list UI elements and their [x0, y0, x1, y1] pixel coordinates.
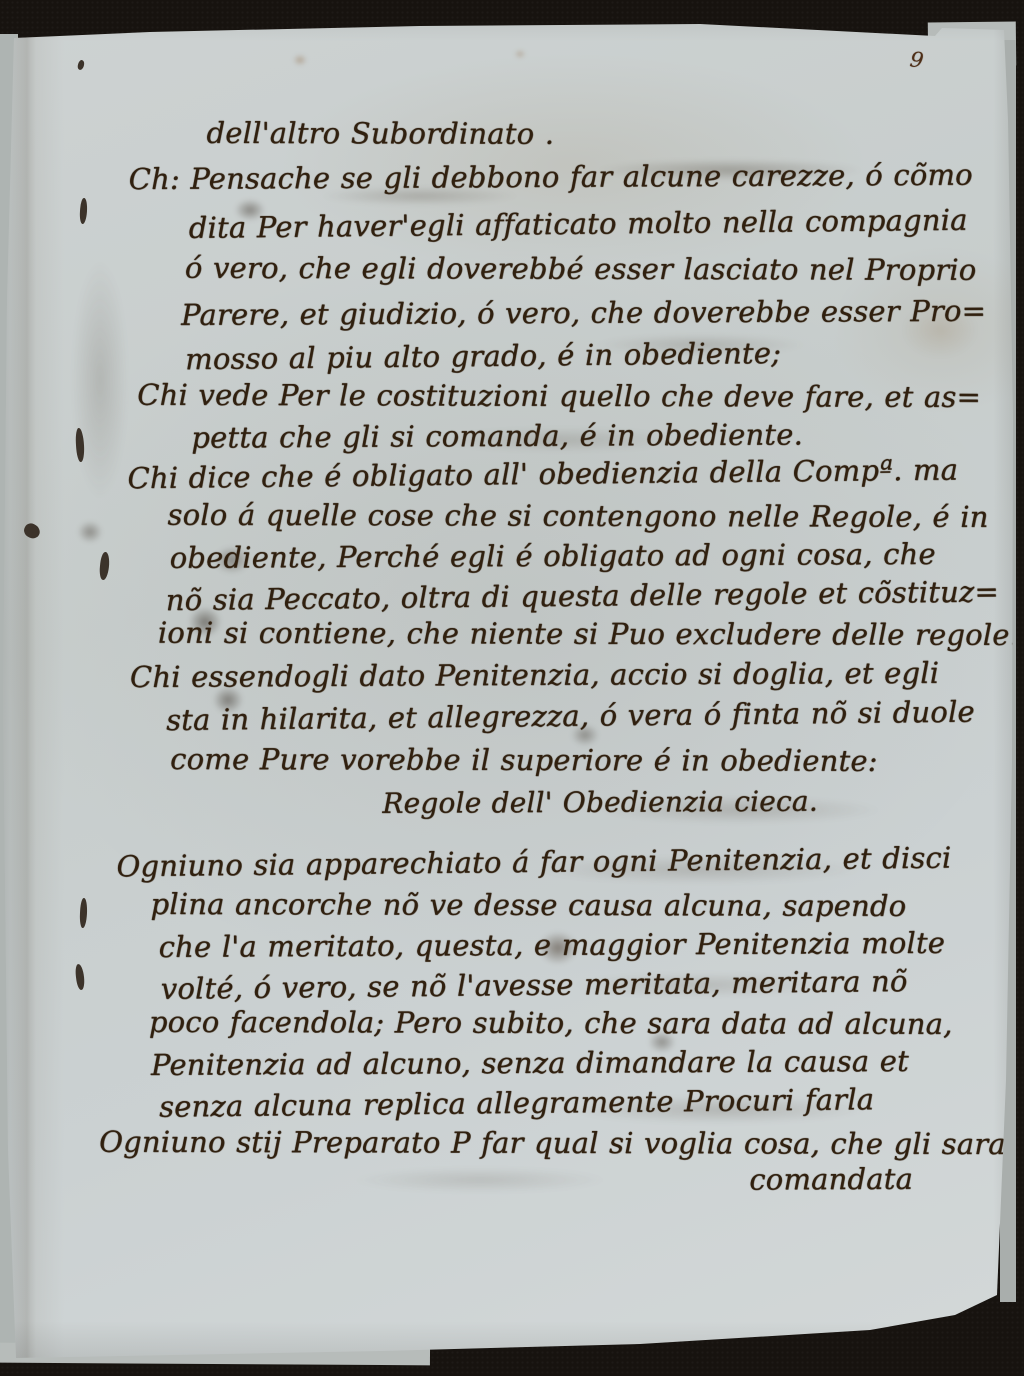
scan-background: { "page": { "number": "9", "lines": [ "d…	[0, 0, 1024, 1376]
manuscript-line: dell'altro Subordinato .	[207, 116, 555, 151]
manuscript-line: Ogniuno stij Preparato P far qual si vog…	[99, 1125, 1006, 1161]
section-heading: Regole dell' Obedienzia cieca.	[382, 785, 818, 821]
manuscript-line: volté, ó vero, se nõ l'avesse meritata, …	[161, 964, 908, 1006]
manuscript-line: Penitenzia ad alcuno, senza dimandare la…	[151, 1044, 909, 1082]
manuscript-line: dita Per haver'egli affaticato molto nel…	[189, 203, 968, 245]
manuscript-line: Chi dice che é obligato all' obedienzia …	[127, 453, 958, 496]
manuscript-line: Chi vede Per le costituzioni quello che …	[137, 378, 981, 414]
manuscript-line: senza alcuna replica allegramente Procur…	[159, 1082, 874, 1123]
manuscript-line: ó vero, che egli doverebbé esser lasciat…	[185, 251, 977, 287]
manuscript-line: plina ancorche nõ ve desse causa alcuna,…	[151, 887, 907, 923]
manuscript-page: 9 dell'altro Subordinato . Ch: Pensache …	[0, 0, 1024, 1376]
manuscript-line: petta che gli si comanda, é in obediente…	[191, 417, 803, 454]
handwritten-text-block: dell'altro Subordinato . Ch: Pensache se…	[0, 0, 1024, 1376]
manuscript-line: Parere, et giudizio, ó vero, che dovereb…	[181, 294, 986, 332]
manuscript-scan: 9 dell'altro Subordinato . Ch: Pensache …	[0, 0, 1024, 1376]
manuscript-line: comandata	[749, 1162, 913, 1197]
manuscript-line: sta in hilarita, et allegrezza, ó vera ó…	[166, 695, 975, 737]
manuscript-line: Ogniuno sia apparechiato á far ogni Peni…	[116, 841, 951, 884]
manuscript-line: che l'a meritato, questa, e maggior Peni…	[159, 926, 946, 964]
manuscript-line: nõ sia Peccato, oltra di questa delle re…	[166, 574, 1000, 617]
manuscript-line: ioni si contiene, che niente si Puo excl…	[158, 616, 1019, 652]
manuscript-line: come Pure vorebbe il superiore é in obed…	[170, 742, 878, 778]
manuscript-line: mosso al piu alto grado, é in obediente;	[185, 336, 781, 376]
manuscript-line: obediente, Perché egli é obligato ad ogn…	[170, 537, 936, 575]
manuscript-line: poco facendola; Pero subito, che sara da…	[149, 1005, 953, 1041]
manuscript-line: Chi essendogli dato Penitenzia, accio si…	[130, 656, 939, 694]
manuscript-line: solo á quelle cose che si contengono nel…	[168, 498, 989, 534]
manuscript-line: Ch: Pensache se gli debbono far alcune c…	[129, 158, 973, 196]
